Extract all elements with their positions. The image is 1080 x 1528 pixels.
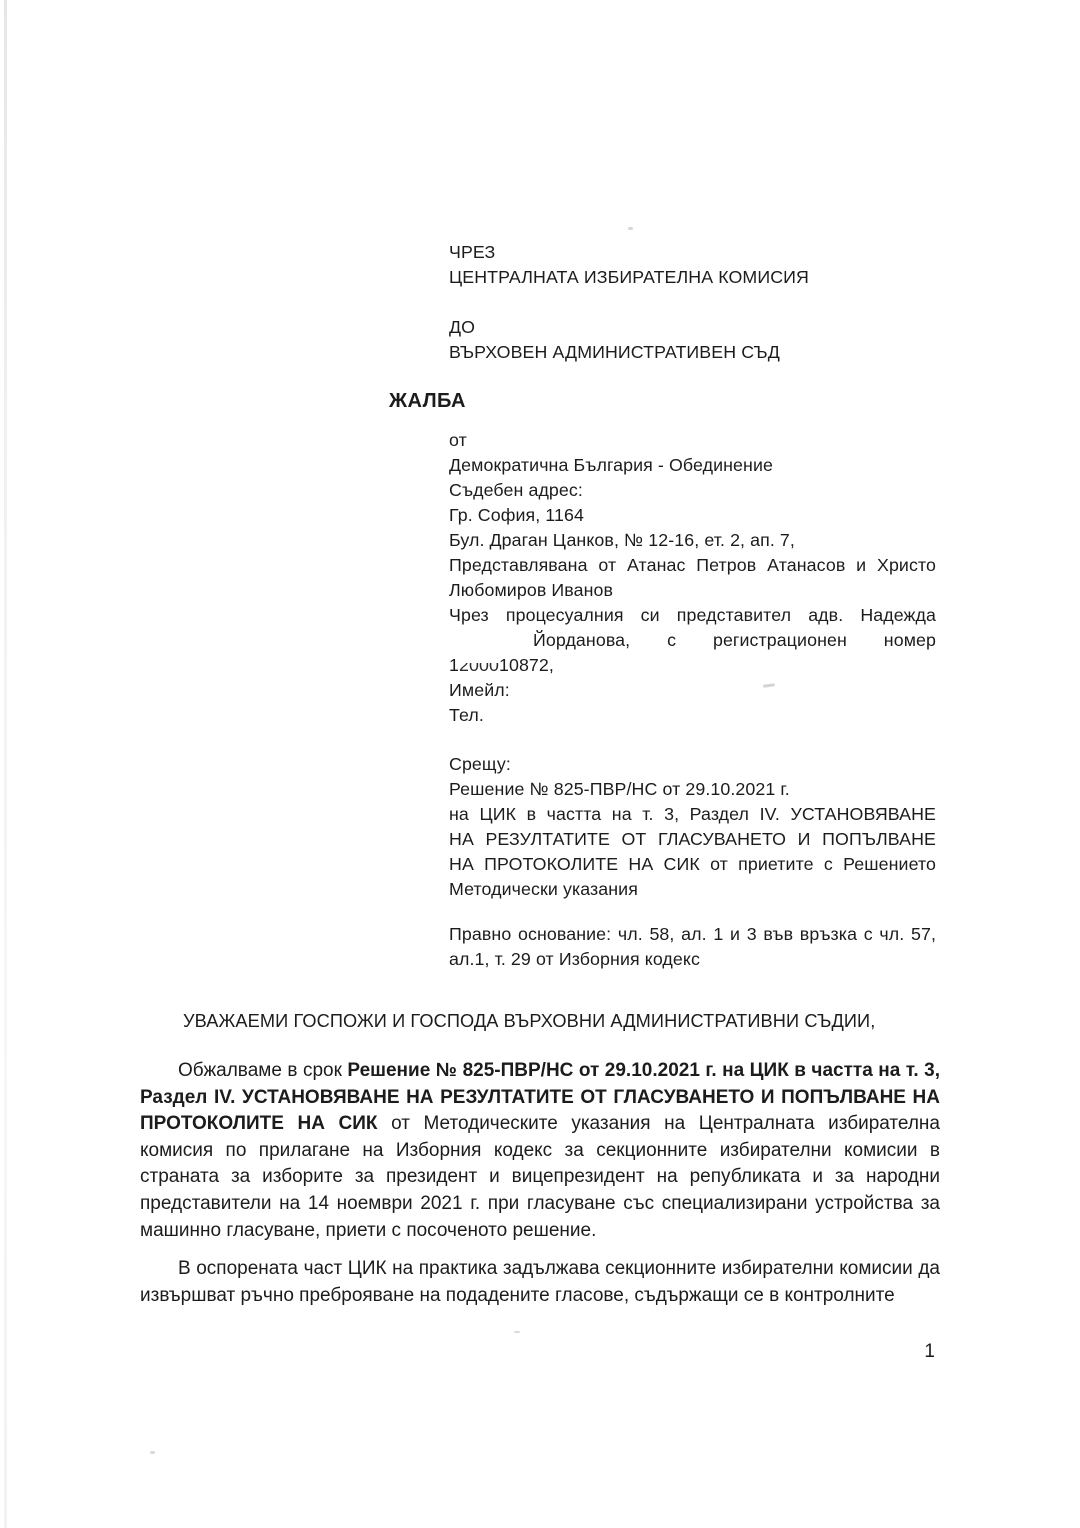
against-line5: Методически указания xyxy=(449,877,936,902)
legal-basis-line1: Правно основание: чл. 58, ал. 1 и 3 във … xyxy=(449,922,936,947)
against-decision-line: Решение № 825-ПВР/НС от 29.10.2021 г. xyxy=(449,777,936,802)
via-recipient-name: ЦЕНТРАЛНАТА ИЗБИРАТЕЛНА КОМИСИЯ xyxy=(449,265,936,290)
paragraph-appeal: Обжалваме в срок Решение № 825-ПВР/НС от… xyxy=(140,1058,940,1244)
document-title: ЖАЛБА xyxy=(389,390,466,413)
scan-speck-artifact xyxy=(150,1451,155,1454)
represented-by-line1: Представлявана от Атанас Петров Атанасов… xyxy=(449,553,936,578)
header-address-block: ЧРЕЗ ЦЕНТРАЛНАТА ИЗБИРАТЕЛНА КОМИСИЯ ДО … xyxy=(449,240,936,972)
against-line4: НА ПРОТОКОЛИТЕ НА СИК от приетите с Реше… xyxy=(449,852,936,877)
scan-edge-artifact xyxy=(4,0,7,1528)
via-label: ЧРЕЗ xyxy=(449,240,936,265)
against-line3: НА РЕЗУЛТАТИТЕ ОТ ГЛАСУВАНЕТО И ПОПЪЛВАН… xyxy=(449,827,936,852)
scan-speck-artifact xyxy=(514,1331,520,1333)
counsel-line1: Чрез процесуалния си представител адв. Н… xyxy=(449,603,936,628)
reg-number-start: 1 xyxy=(449,655,459,675)
document-page: ЧРЕЗ ЦЕНТРАЛНАТА ИЗБИРАТЕЛНА КОМИСИЯ ДО … xyxy=(0,0,1080,1528)
address-label: Съдебен адрес: xyxy=(449,478,936,503)
paragraph-contested-part: В оспорената част ЦИК на практика задълж… xyxy=(140,1256,940,1309)
represented-by-line2: Любомиров Иванов xyxy=(449,578,936,603)
against-line2: на ЦИК в частта на т. 3, Раздел IV. УСТА… xyxy=(449,802,936,827)
court-name: ВЪРХОВЕН АДМИНИСТРАТИВЕН СЪД xyxy=(449,340,936,365)
salutation-heading: УВАЖАЕМИ ГОСПОЖИ И ГОСПОДА ВЪРХОВНИ АДМИ… xyxy=(140,1008,940,1034)
registration-number: 1200010872, xyxy=(449,653,936,678)
reg-number-faded-digits: 2000 xyxy=(459,653,499,678)
address-street: Бул. Драган Цанков, № 12-16, ет. 2, ап. … xyxy=(449,528,936,553)
legal-basis-line2: ал.1, т. 29 от Изборния кодекс xyxy=(449,947,936,972)
address-city: Гр. София, 1164 xyxy=(449,503,936,528)
phone-label: Тел. xyxy=(449,703,936,728)
counsel-line2: Йорданова, с регистрационен номер xyxy=(449,628,936,653)
email-label: Имейл: xyxy=(449,678,936,703)
text-run: Обжалваме в срок xyxy=(178,1060,347,1081)
scan-speck-artifact xyxy=(628,227,633,230)
party-name: Демократична България - Обединение xyxy=(449,453,936,478)
page-number: 1 xyxy=(140,1341,935,1363)
from-label: от xyxy=(449,428,936,453)
against-label: Срещу: xyxy=(449,752,936,777)
reg-number-end: 10872, xyxy=(499,655,554,675)
to-label: ДО xyxy=(449,315,936,340)
